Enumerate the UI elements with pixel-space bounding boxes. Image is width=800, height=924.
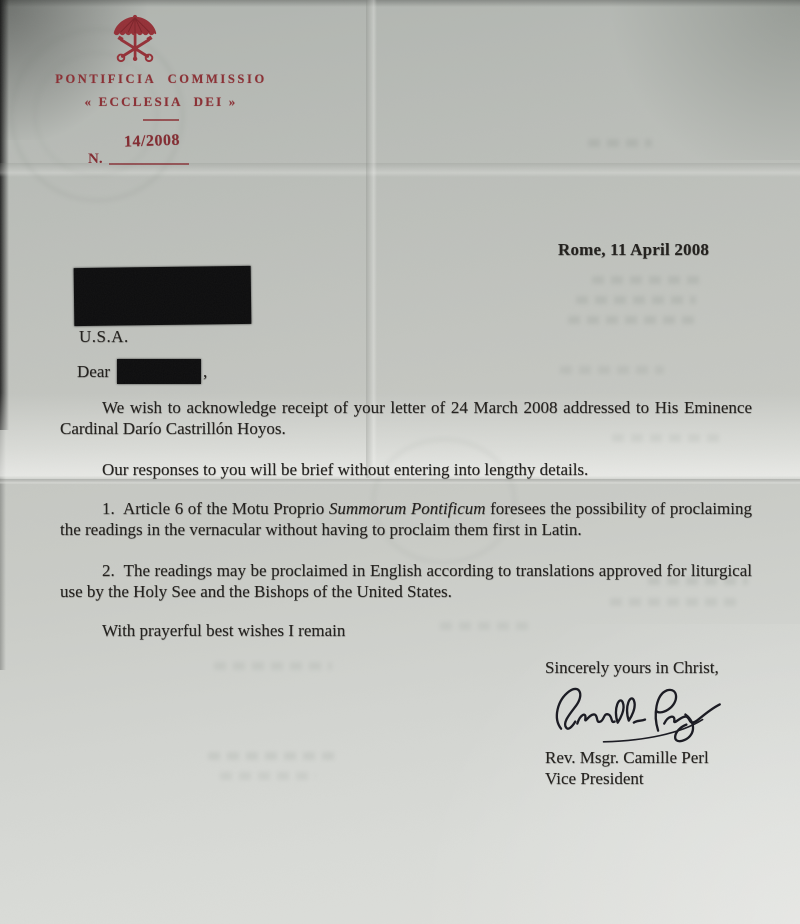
- protocol-number: 14/2008: [124, 130, 219, 151]
- protocol-block: 14/2008 N.: [88, 132, 218, 168]
- closing-block: Sincerely yours in Christ, Rev. Msgr. Ca…: [545, 657, 743, 789]
- paragraph-brief: Our responses to you will be brief witho…: [60, 459, 752, 480]
- letterhead: PONTIFICIA COMMISSIO « ECCLESIA DEI »: [40, 72, 282, 121]
- motu-proprio-title: Summorum Pontificum: [329, 499, 486, 518]
- signature-handwriting: [551, 678, 743, 747]
- paragraph-article6-text: 1. Article 6 of the Motu Proprio: [102, 499, 329, 518]
- letter-photo: PONTIFICIA COMMISSIO « ECCLESIA DEI » 14…: [0, 0, 800, 924]
- paper-edge-shadow: [0, 430, 6, 670]
- letter-body: We wish to acknowledge receipt of your l…: [60, 397, 752, 641]
- paragraph-article6: 1. Article 6 of the Motu Proprio Summoru…: [60, 498, 752, 540]
- salutation-word: Dear: [77, 362, 110, 381]
- bleed-through-smudge: [592, 276, 700, 284]
- paragraph-acknowledge: We wish to acknowledge receipt of your l…: [60, 397, 752, 439]
- valediction: Sincerely yours in Christ,: [545, 657, 743, 678]
- address-country: U.S.A.: [79, 327, 129, 347]
- paragraph-prayerful: With prayerful best wishes I remain: [60, 620, 752, 641]
- letterhead-org-line2: « ECCLESIA DEI »: [40, 94, 282, 110]
- signer-title: Vice President: [545, 768, 743, 789]
- letterhead-org-line1: PONTIFICIA COMMISSIO: [40, 72, 282, 87]
- bleed-through-smudge: [576, 296, 696, 304]
- papal-umbraculum-crossed-keys-icon: [106, 13, 164, 65]
- paragraph-readings: 2. The readings may be proclaimed in Eng…: [60, 560, 752, 602]
- bleed-through-smudge: [588, 139, 652, 147]
- bleed-through-smudge: [560, 366, 664, 374]
- bleed-through-smudge: [208, 752, 336, 760]
- photo-vignette: [580, 0, 800, 160]
- dateline: Rome, 11 April 2008: [558, 240, 709, 260]
- paper-edge-shadow: [0, 0, 800, 7]
- redacted-recipient-name: [117, 359, 201, 384]
- letterhead-rule: [143, 119, 179, 121]
- redacted-address-block: [74, 266, 252, 326]
- salutation-comma: ,: [203, 362, 207, 381]
- protocol-prefix: N.: [88, 151, 103, 168]
- bleed-through-smudge: [220, 772, 316, 780]
- bleed-through-smudge: [214, 662, 332, 670]
- paper-edge-shadow: [0, 0, 9, 430]
- bleed-through-smudge: [568, 316, 700, 324]
- salutation-line: Dear,: [77, 359, 207, 384]
- signer-name: Rev. Msgr. Camille Perl: [545, 747, 743, 768]
- protocol-blank-line: [109, 162, 189, 165]
